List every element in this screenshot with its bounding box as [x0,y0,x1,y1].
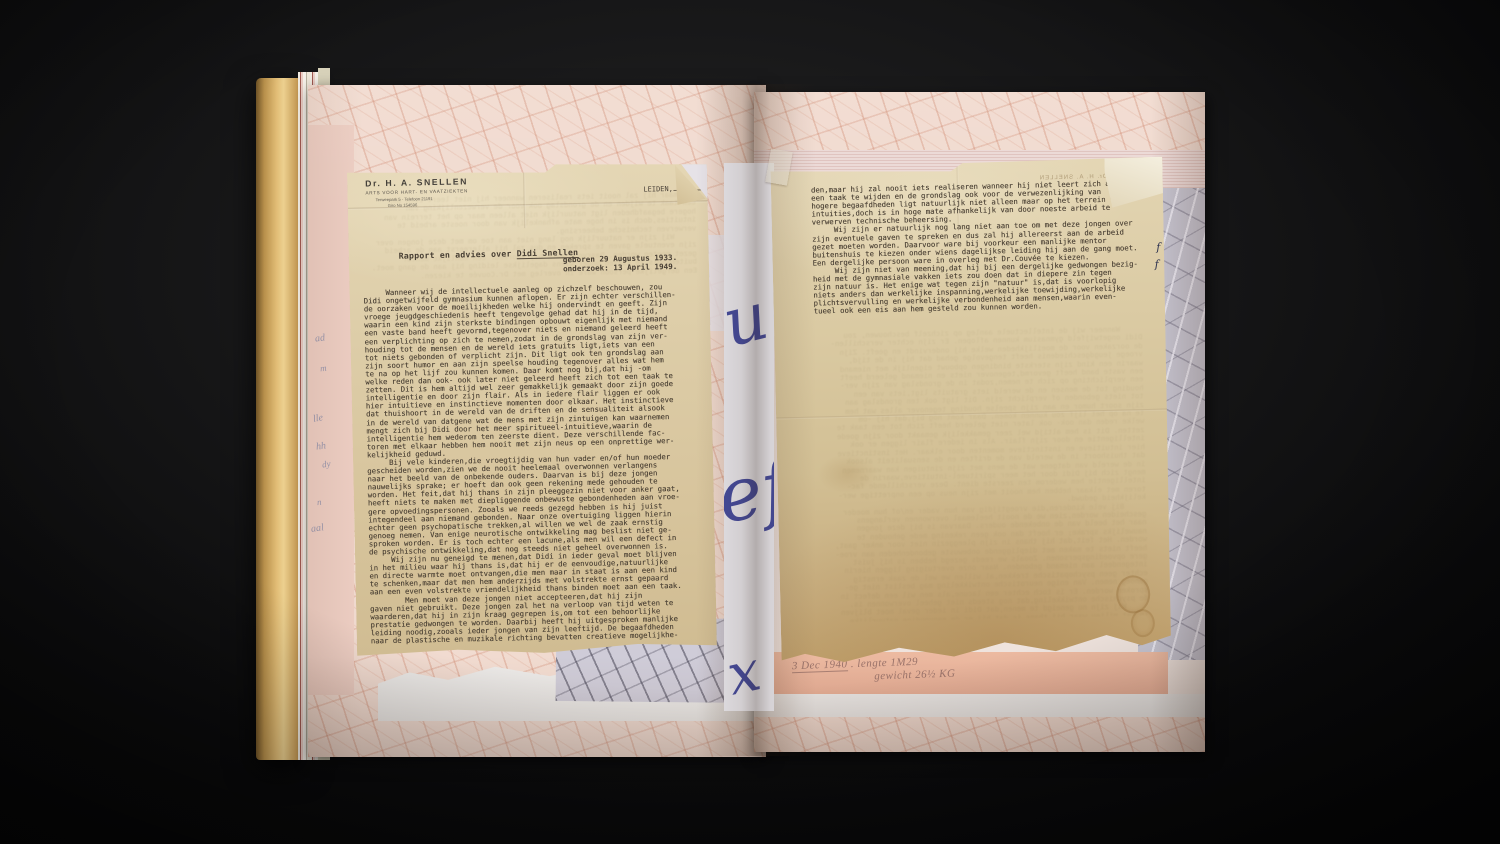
margin-script-fragment: lle [312,412,324,425]
margin-ink-mark: f [1154,258,1158,271]
gutter-script-letter: ef [724,443,774,540]
stain-ring [1131,609,1156,638]
collage-pink-bottom-band [754,717,1205,752]
margin-script-fragment: hh [315,440,326,452]
margin-script-fragment: aal [310,522,324,535]
book-cover-edge [256,78,302,760]
photo-of-open-book: ad m lle hh dy n aal [0,0,1500,844]
letter-right-body: den,maar hij zal nooit iets realiseren w… [811,179,1154,316]
collage-white-band [754,694,1205,719]
margin-ink-mark: f [1156,241,1160,254]
margin-script-fragment: n [317,497,322,507]
letterhead: Dr. H. A. SNELLEN ARTS VOOR HART- EN VAA… [365,176,468,208]
letter-right: Wanneer wij de intellectuele aanleg op z… [770,157,1173,666]
gutter-underpage-strip: u ef x [724,163,774,711]
dateline-city: LEIDEN, [643,185,673,194]
gutter-script-letter: x [724,638,766,708]
letterhead-subtitle: ARTS VOOR HART- EN VAATZIEKTEN [365,188,468,195]
letter-left-body: Wanneer wij de intellectuele aanleg op z… [363,282,710,645]
collage-pink-bottom-band [308,721,766,757]
margin-script-fragment: ad [314,332,325,344]
margin-script-fragment: dy [321,458,331,469]
margin-script-fragment: m [319,363,327,374]
collage-margin-strip: ad m lle hh dy n aal [308,125,354,695]
gutter-script-letter: u [724,277,774,362]
letterhead-name: Dr. H. A. SNELLEN [365,176,468,188]
book: ad m lle hh dy n aal [256,58,1208,764]
letter-left: den,maar hij zal nooit iets realiseren w… [347,160,717,659]
